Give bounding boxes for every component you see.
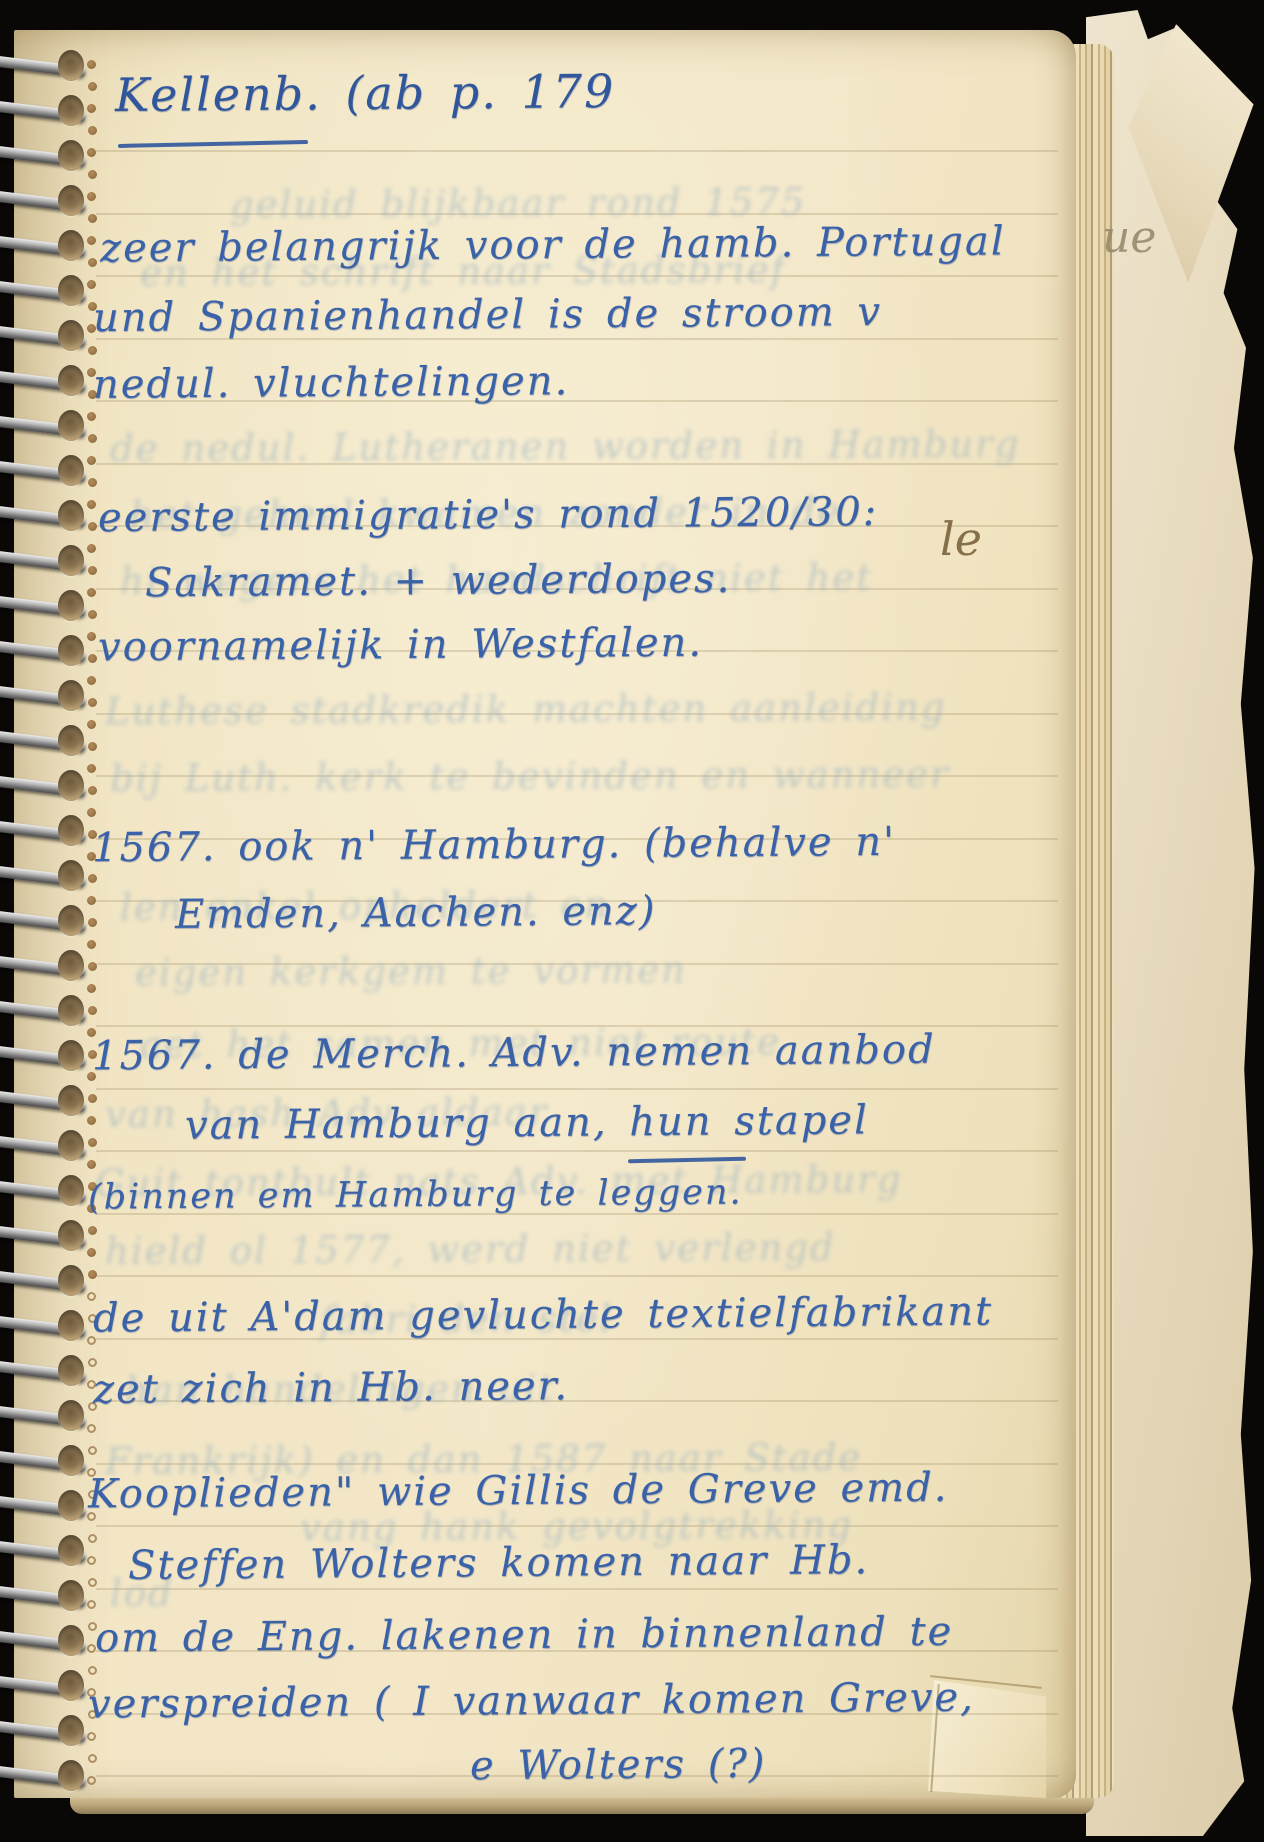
dog-ear-fold <box>928 1680 1046 1798</box>
notebook-photo: geluid blijkbaar rond 1575en het schrift… <box>0 0 1264 1842</box>
notebook-page <box>14 30 1076 1798</box>
